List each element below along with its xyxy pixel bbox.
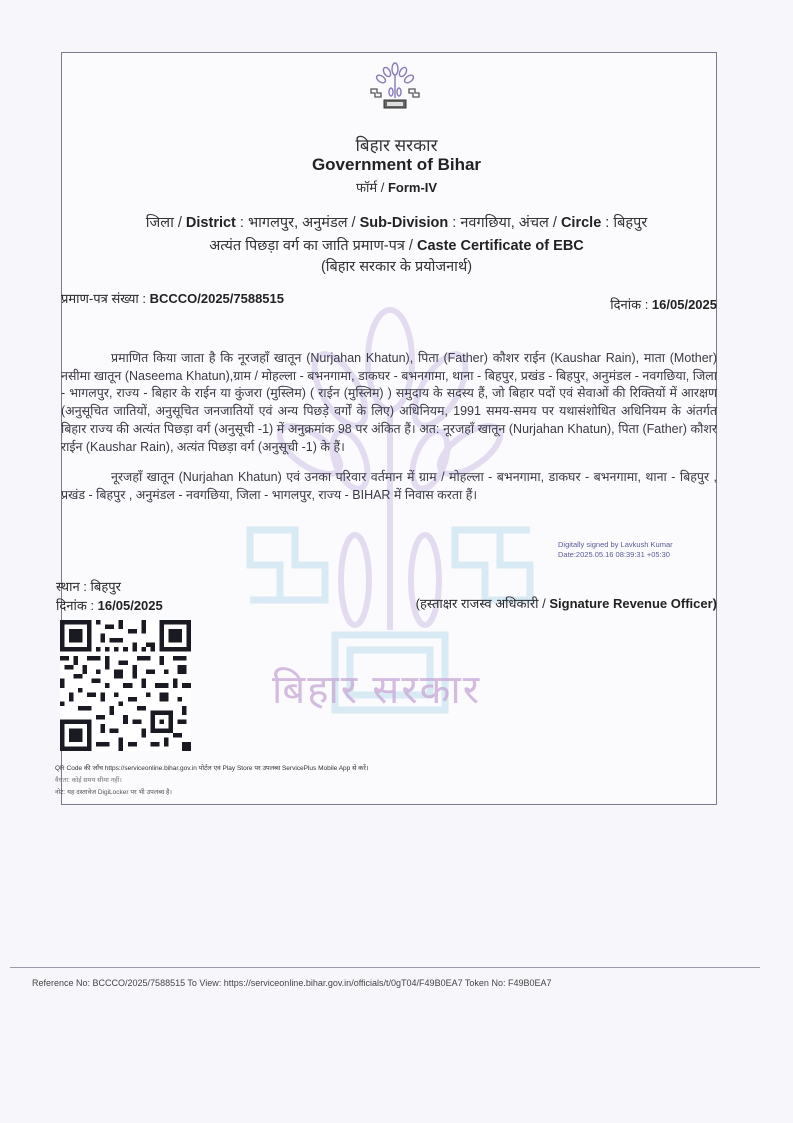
watermark-text: बिहार सरकार [272,660,481,715]
certificate-date: दिनांक : 16/05/2025 [610,295,717,313]
place-value: बिहपुर [91,579,121,594]
signature-officer-english: Signature Revenue Officer) [549,596,717,611]
subdivision-label: Sub-Division [360,215,449,231]
certificate-date-value: 16/05/2025 [652,297,717,312]
district-value: : भागलपुर, अनुमंडल / [236,215,360,231]
circle-value: : बिहपुर [601,215,647,231]
residence-paragraph: नूरजहाँ खातून (Nurjahan Khatun) एवं उनका… [61,469,717,504]
qr-verification-note: QR Code की जाँच https://serviceonline.bi… [55,763,368,772]
form-label-english: Form-IV [388,180,437,195]
certificate-title: अत्यंत पिछड़ा वर्ग का जाति प्रमाण-पत्र /… [0,235,793,255]
circle-label: Circle [561,215,601,231]
district-hindi: जिला / [146,215,186,231]
certificate-title-hindi: अत्यंत पिछड़ा वर्ग का जाति प्रमाण-पत्र / [209,238,417,254]
form-label-hindi: फॉर्म / [356,180,388,195]
validity-note: वैधता: कोई समय सीमा नहीं। [55,775,122,784]
header-title-english: Government of Bihar [0,155,793,175]
signature-officer-hindi: (हस्ताक्षर राजस्व अधिकारी / [416,596,550,611]
digital-signature-date: Date:2025.05.16 08:39:31 +05:30 [558,550,673,560]
place: स्थान : बिहपुर [56,577,121,595]
certificate-number-label: प्रमाण-पत्र संख्या : [61,291,150,306]
location-line: जिला / District : भागलपुर, अनुमंडल / Sub… [0,212,793,232]
certificate-number-value: BCCCO/2025/7588515 [150,291,284,306]
header-title-hindi: बिहार सरकार [0,133,793,156]
footer-divider [10,967,760,968]
subdivision-value: : नवगछिया, अंचल / [448,215,561,231]
signature-officer-label: (हस्ताक्षर राजस्व अधिकारी / Signature Re… [416,594,717,612]
digital-signature-signer: Digitally signed by Lavkush Kumar [558,540,673,550]
digital-signature: Digitally signed by Lavkush Kumar Date:2… [558,540,673,560]
issue-date: दिनांक : 16/05/2025 [56,596,163,614]
place-label: स्थान : [56,579,91,594]
certificate-number: प्रमाण-पत्र संख्या : BCCCO/2025/7588515 [61,289,284,307]
form-label: फॉर्म / Form-IV [0,178,793,196]
certificate-purpose: (बिहार सरकार के प्रयोजनार्थ) [0,256,793,276]
digilocker-note: नोट: यह दस्तावेज DigiLocker पर भी उपलब्ध… [55,787,172,796]
qr-code-icon[interactable] [60,620,191,751]
bihar-emblem-icon [368,60,422,110]
reference-line: Reference No: BCCCO/2025/7588515 To View… [32,978,551,988]
certification-paragraph: प्रमाणित किया जाता है कि नूरजहाँ खातून (… [61,350,717,456]
issue-date-value: 16/05/2025 [98,598,163,613]
issue-date-label: दिनांक : [56,598,98,613]
district-label: District [186,215,236,231]
certificate-title-english: Caste Certificate of EBC [417,238,584,254]
certificate-date-label: दिनांक : [610,297,652,312]
